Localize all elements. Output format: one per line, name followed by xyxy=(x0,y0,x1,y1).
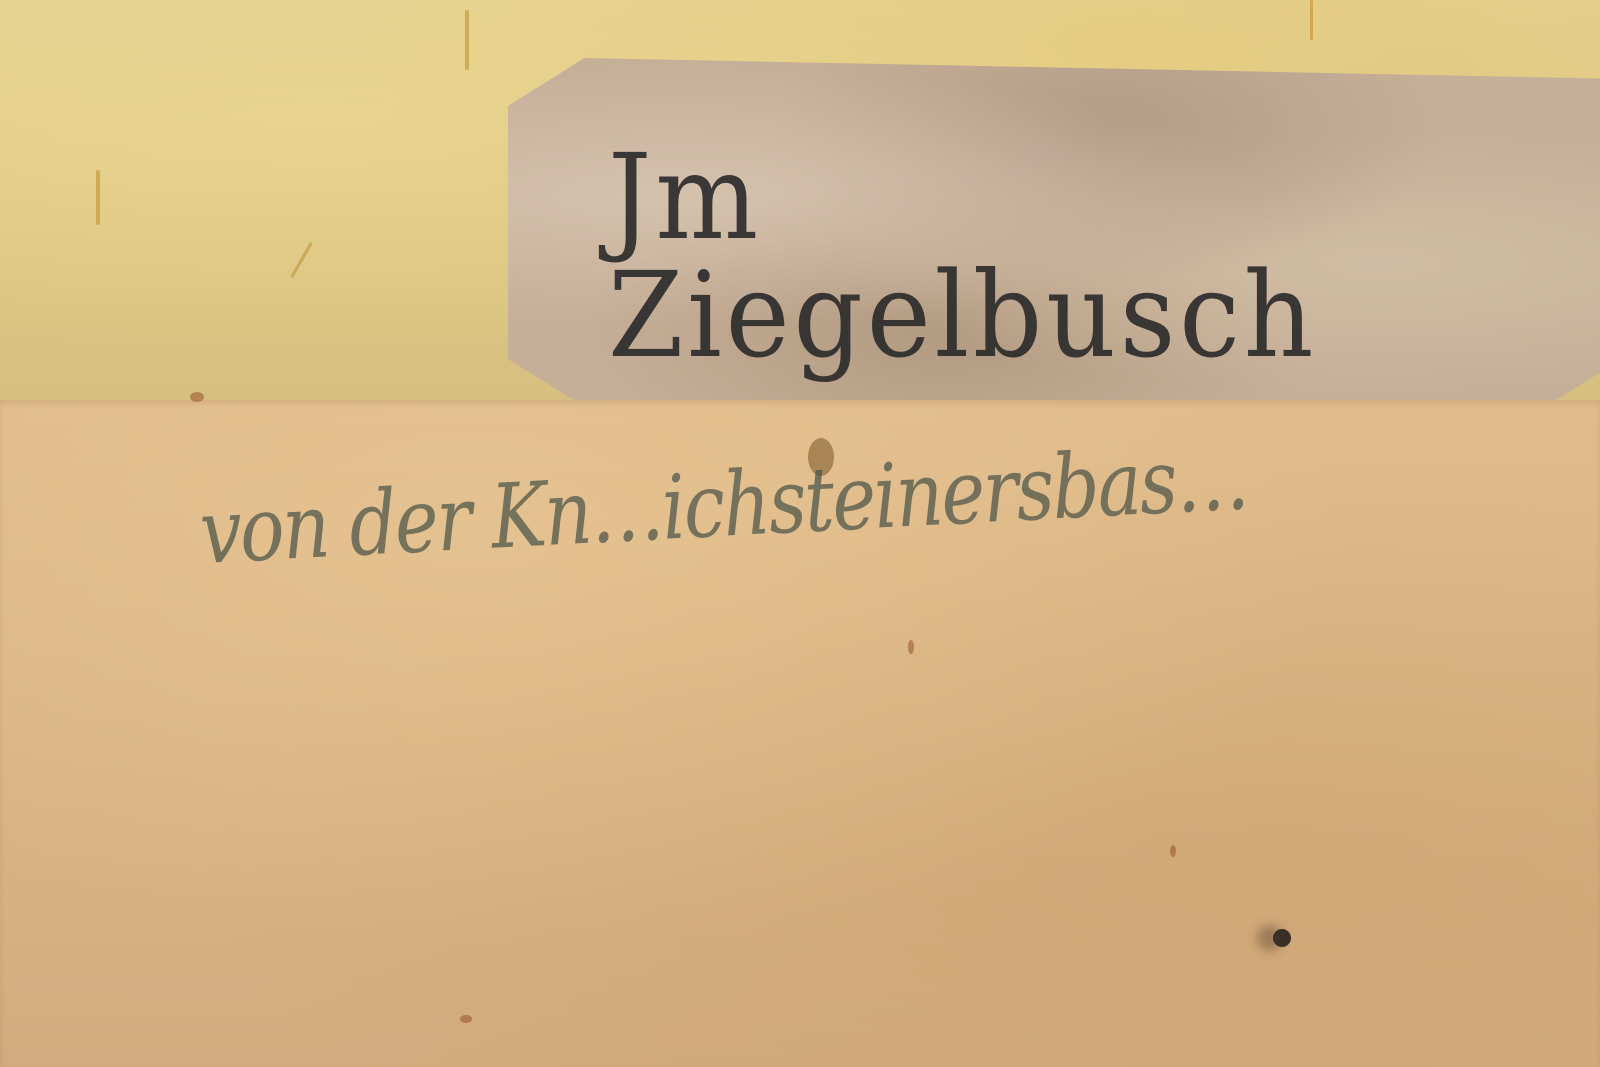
paper-speck xyxy=(460,1015,472,1023)
paper-speck xyxy=(190,392,204,402)
nail-hole xyxy=(1273,929,1291,947)
paper-fiber xyxy=(1310,0,1313,40)
label-printed-text: Jm Ziegelbusch xyxy=(608,138,1436,374)
paper-fiber xyxy=(290,242,313,278)
paper-fiber xyxy=(465,10,469,70)
paper-speck xyxy=(1170,845,1176,857)
pasted-label: Jm Ziegelbusch xyxy=(508,58,1600,400)
paper-fiber xyxy=(96,170,100,225)
paper-speck xyxy=(908,640,914,654)
